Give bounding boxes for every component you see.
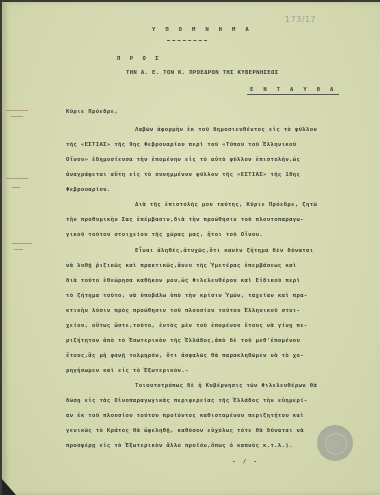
body-line: Φεβρουαρίου. bbox=[66, 187, 111, 193]
margin-mark bbox=[12, 243, 32, 244]
city-underline bbox=[247, 94, 339, 95]
margin-mark bbox=[6, 110, 28, 111]
body-line: Τοιουτοτρόπως δὲ ἡ Κυβέρνησις τῶν Φιλελε… bbox=[135, 383, 317, 389]
margin-mark bbox=[12, 187, 20, 188]
body-line: Εἶναι ἀληθές,ἀτυχῶς,ὅτι κανὲν ζήτημα δὲν… bbox=[135, 248, 313, 254]
page-continuation-marker: - / - bbox=[232, 459, 259, 465]
title-underline bbox=[167, 40, 207, 41]
document-title: Υ Π Ο Μ Ν Η Μ Α bbox=[152, 27, 252, 33]
salutation: Κύριε Πρόεδρε, bbox=[66, 109, 118, 115]
body-line: διὰ τοῦτο ἐθεώρησα καθῆκον μου,ὡς Φιλελε… bbox=[66, 278, 300, 284]
page-edge-shadow bbox=[2, 2, 7, 495]
page-corner bbox=[2, 479, 16, 495]
body-line: χείου, οὕτως ὥστε,τοῦτο, ἐντὸς μὲν τοῦ ἑ… bbox=[66, 323, 308, 329]
body-line: δώσῃ εἰς τὰς Οἰνοπαραγωγικὰς περιφερείας… bbox=[66, 398, 308, 404]
body-line: τὸ ζήτημα τοῦτο, νὰ ὑποβάλω ὑπὸ τὴν κρίσ… bbox=[66, 293, 308, 299]
body-line: τῆς «ΕΣΤΙΑΣ» τῆς 9ης Φεβρουαρίου περὶ το… bbox=[66, 142, 297, 148]
body-line: ἀναγράφεται αὕτη εἰς τὸ συνημμένον φύλλο… bbox=[66, 172, 300, 178]
body-line: αν ἐκ τοῦ πλουσίου τούτου προϊόντος καθι… bbox=[66, 413, 304, 419]
body-line: ρηγήσωμεν καὶ εἰς τὸ Ἐξωτερικόν.- bbox=[66, 368, 189, 374]
city-line: Ε Ν Τ Α Υ Θ Α bbox=[250, 87, 337, 93]
to-label: Π Ρ Ο Σ bbox=[117, 56, 162, 62]
body-line: νὰ λυθῇ ῥιζικῶς καὶ πρακτικῶς,ἄνευ τῆς Ὑ… bbox=[66, 263, 297, 269]
body-line: γικοῦ τούτου στοιχείου τῆς χώρας μας, ἤτ… bbox=[66, 232, 263, 238]
body-line: ριζήτητον ἀπὸ τὸ Ἐσωτερικὸν τῆς Ἑλλάδος,… bbox=[66, 338, 300, 344]
margin-mark bbox=[11, 116, 23, 117]
margin-mark bbox=[14, 249, 23, 250]
body-line: προσφέρῃ εἰς τὸ Ἐξωτερικὸν ἄλλο προϊόν,ὅ… bbox=[66, 443, 293, 449]
margin-mark bbox=[6, 178, 28, 179]
body-line: Λαβὼν ἀφορμὴν ἐκ τοῦ δημοσιευθέντος εἰς … bbox=[135, 127, 317, 133]
document-page: 173/17 Υ Π Ο Μ Ν Η Μ Α Π Ρ Ο Σ ΤΗΝ Α. Ε.… bbox=[2, 2, 380, 495]
archive-page-annotation: 173/17 bbox=[285, 15, 316, 24]
body-line: κτικὴν λύσιν πρὸς προώθησιν τοῦ πλουσίου… bbox=[66, 308, 300, 314]
archive-stamp-icon bbox=[317, 425, 353, 461]
body-line: Οἴνου» ἐδημοσίευσα τὴν ἑπομένην εἰς τὸ α… bbox=[66, 157, 300, 163]
body-line: γενικῶς τὸ Κράτος θὰ ὠφεληθῇ, καθόσον εὐ… bbox=[66, 428, 304, 434]
recipient-line: ΤΗΝ Α. Ε. ΤΟΝ Κ. ΠΡΟΕΔΡΟΝ ΤΗΣ ΚΥΒΕΡΝΗΣΕΩ… bbox=[126, 70, 278, 76]
body-line: Διὰ τῆς ἐπιστολῆς μου ταύτης, Κύριε Πρόε… bbox=[135, 202, 317, 208]
body-line: τὴν προθυμικὴν Σας ἐπέμβασιν,διὰ τὴν προ… bbox=[66, 217, 304, 223]
body-line: ἔτους,ἂς μὴ φανῇ τολμηρόν, ὅτι ἀσφαλῶς θ… bbox=[66, 353, 304, 359]
